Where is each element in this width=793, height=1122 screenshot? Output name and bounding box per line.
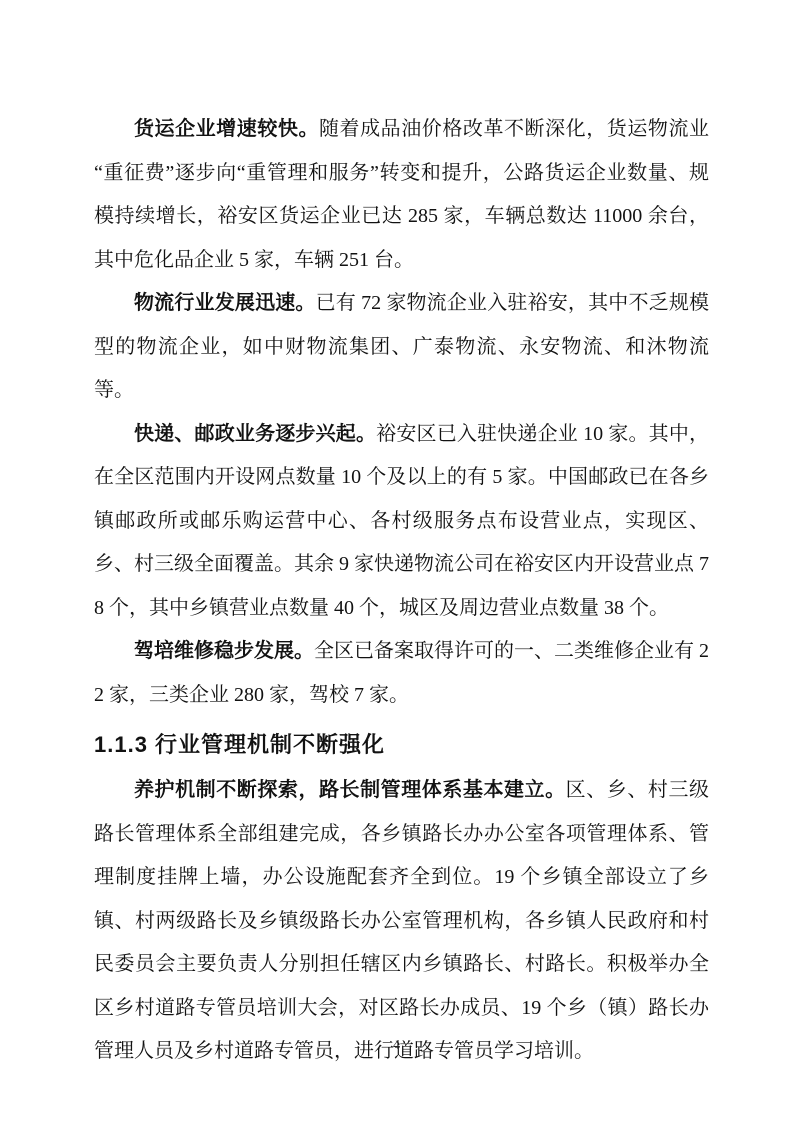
paragraph-logistics-industry: 物流行业发展迅速。已有 72 家物流企业入驻裕安，其中不乏规模型的物流企业，如中…: [94, 282, 709, 413]
paragraph-freight-companies: 货运企业增速较快。随着成品油价格改革不断深化，货运物流业“重征费”逐步向“重管理…: [94, 108, 709, 282]
page-number: 4: [0, 1036, 793, 1056]
paragraph-text: 随着成品油价格改革不断深化，货运物流业“重征费”逐步向“重管理和服务”转变和提升…: [94, 118, 709, 271]
paragraph-lead: 快递、邮政业务逐步兴起。: [134, 423, 376, 445]
paragraph-lead: 养护机制不断探索，路长制管理体系基本建立。: [134, 779, 566, 801]
paragraph-lead: 物流行业发展迅速。: [134, 292, 316, 314]
paragraph-text: 区、乡、村三级路长管理体系全部组建完成，各乡镇路长办办公室各项管理体系、管理制度…: [94, 779, 709, 1062]
section-heading-1-1-3: 1.1.3 行业管理机制不断强化: [94, 722, 709, 768]
paragraph-driver-training-maintenance: 驾培维修稳步发展。全区已备案取得许可的一、二类维修企业有 22 家，三类企业 2…: [94, 630, 709, 717]
document-page: 货运企业增速较快。随着成品油价格改革不断深化，货运物流业“重征费”逐步向“重管理…: [0, 0, 793, 1122]
paragraph-road-chief-system: 养护机制不断探索，路长制管理体系基本建立。区、乡、村三级路长管理体系全部组建完成…: [94, 769, 709, 1074]
paragraph-lead: 货运企业增速较快。: [134, 118, 319, 140]
paragraph-express-postal: 快递、邮政业务逐步兴起。裕安区已入驻快递企业 10 家。其中，在全区范围内开设网…: [94, 413, 709, 631]
document-body: 货运企业增速较快。随着成品油价格改革不断深化，货运物流业“重征费”逐步向“重管理…: [94, 108, 709, 1074]
paragraph-lead: 驾培维修稳步发展。: [134, 640, 314, 662]
paragraph-text: 裕安区已入驻快递企业 10 家。其中，在全区范围内开设网点数量 10 个及以上的…: [94, 423, 709, 619]
